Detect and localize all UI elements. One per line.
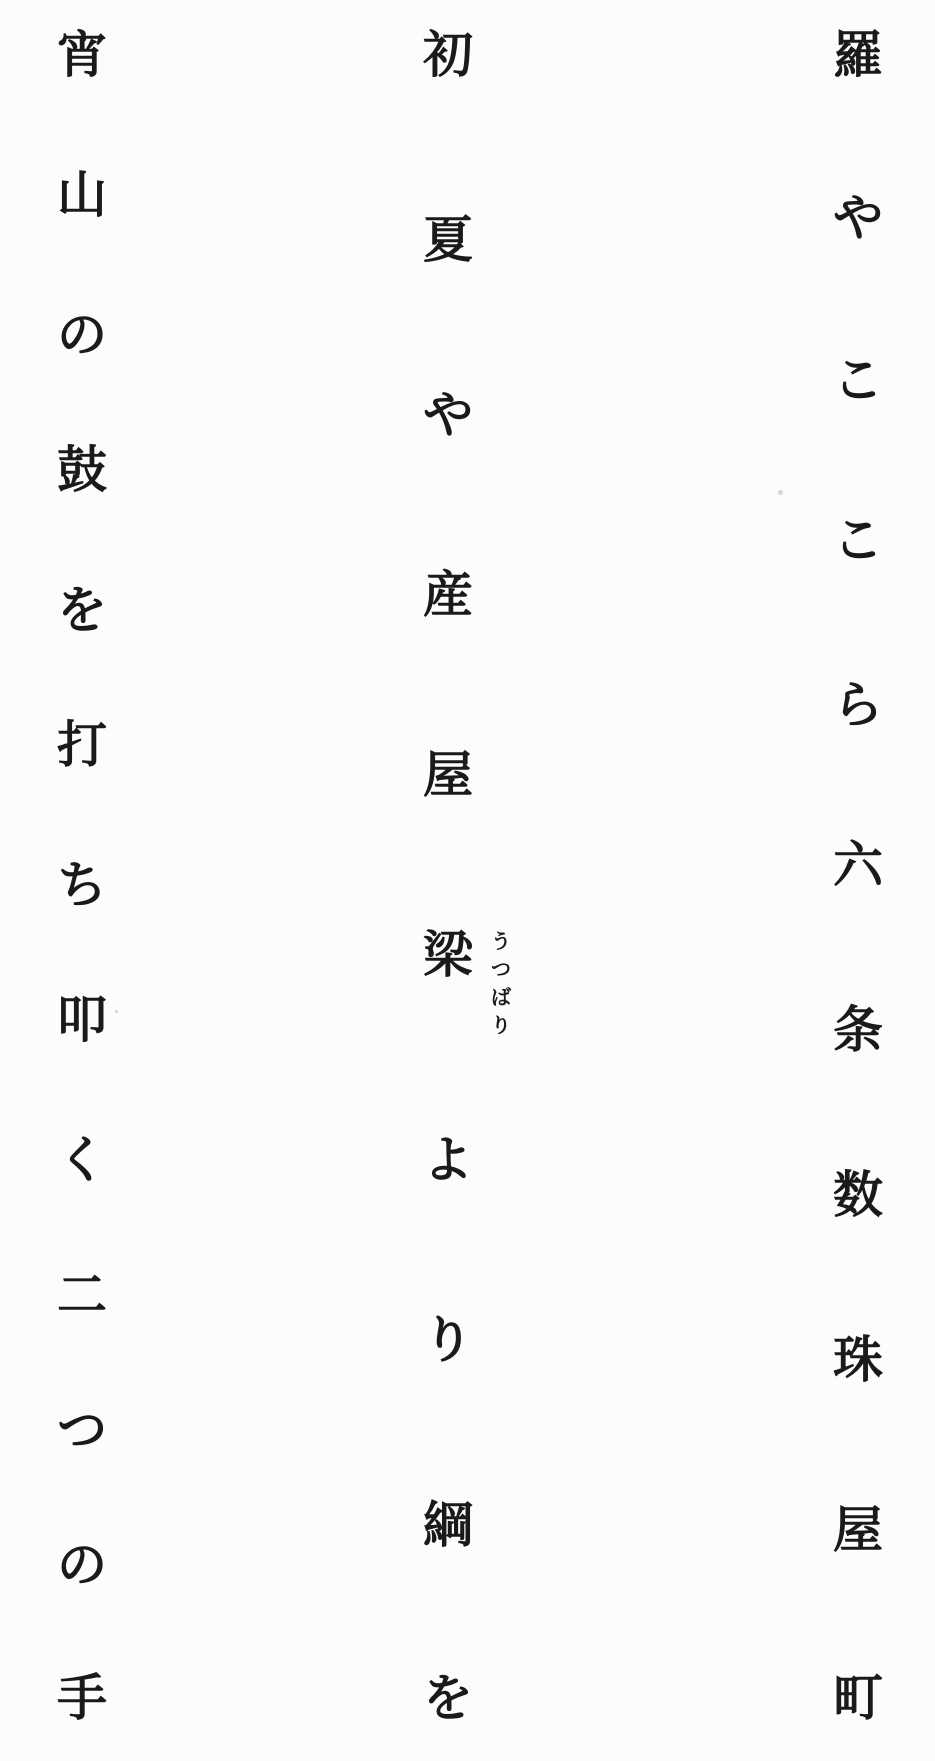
- haiku-char: 数: [818, 1165, 898, 1225]
- haiku-char: く: [42, 1130, 122, 1190]
- haiku-column-left: 宵 山 の 鼓 を 打 ち 叩 く 二 つ の 手: [42, 0, 122, 1761]
- haiku-char: り: [408, 1310, 488, 1370]
- haiku-char: の: [42, 305, 122, 365]
- haiku-char: 初: [408, 25, 488, 85]
- ruby-char: つ: [490, 956, 512, 983]
- scanned-page: 羅 や こ こ ら 六 条 数 珠 屋 町 初 夏 や 産 屋 梁 よ り 綱 …: [0, 0, 935, 1761]
- ruby-annotation-utsubari: う つ ば り: [490, 928, 512, 1043]
- haiku-char: 梁: [408, 925, 488, 985]
- scan-speck: [115, 1010, 118, 1013]
- haiku-char: を: [408, 1668, 488, 1728]
- haiku-char: 綱: [408, 1495, 488, 1555]
- haiku-char: 叩: [42, 990, 122, 1050]
- haiku-char: ち: [42, 855, 122, 915]
- ruby-char: ば: [490, 984, 512, 1011]
- haiku-column-middle: 初 夏 や 産 屋 梁 よ り 綱 を: [408, 0, 488, 1761]
- haiku-char: 夏: [408, 210, 488, 270]
- scan-speck: [778, 490, 783, 495]
- haiku-char: こ: [818, 510, 898, 570]
- ruby-char: り: [490, 1012, 512, 1039]
- ruby-char: う: [490, 928, 512, 955]
- haiku-char: 宵: [42, 25, 122, 85]
- haiku-char: よ: [408, 1130, 488, 1190]
- haiku-char: 屋: [818, 1500, 898, 1560]
- haiku-char: 産: [408, 565, 488, 625]
- haiku-char: 山: [42, 165, 122, 225]
- haiku-char: 二: [42, 1265, 122, 1325]
- haiku-char: ら: [818, 675, 898, 735]
- haiku-char: 町: [818, 1668, 898, 1728]
- haiku-char: 鼓: [42, 440, 122, 500]
- haiku-char: 六: [818, 835, 898, 895]
- haiku-char: 条: [818, 1000, 898, 1060]
- haiku-char: 珠: [818, 1330, 898, 1390]
- haiku-char: や: [818, 188, 898, 248]
- haiku-char: つ: [42, 1400, 122, 1460]
- haiku-char: の: [42, 1535, 122, 1595]
- haiku-char: 手: [42, 1668, 122, 1728]
- haiku-column-right: 羅 や こ こ ら 六 条 数 珠 屋 町: [818, 0, 898, 1761]
- haiku-char: 打: [42, 715, 122, 775]
- haiku-char: や: [408, 385, 488, 445]
- haiku-char: こ: [818, 350, 898, 410]
- haiku-char: を: [42, 580, 122, 640]
- haiku-char: 屋: [408, 745, 488, 805]
- haiku-char: 羅: [818, 25, 898, 85]
